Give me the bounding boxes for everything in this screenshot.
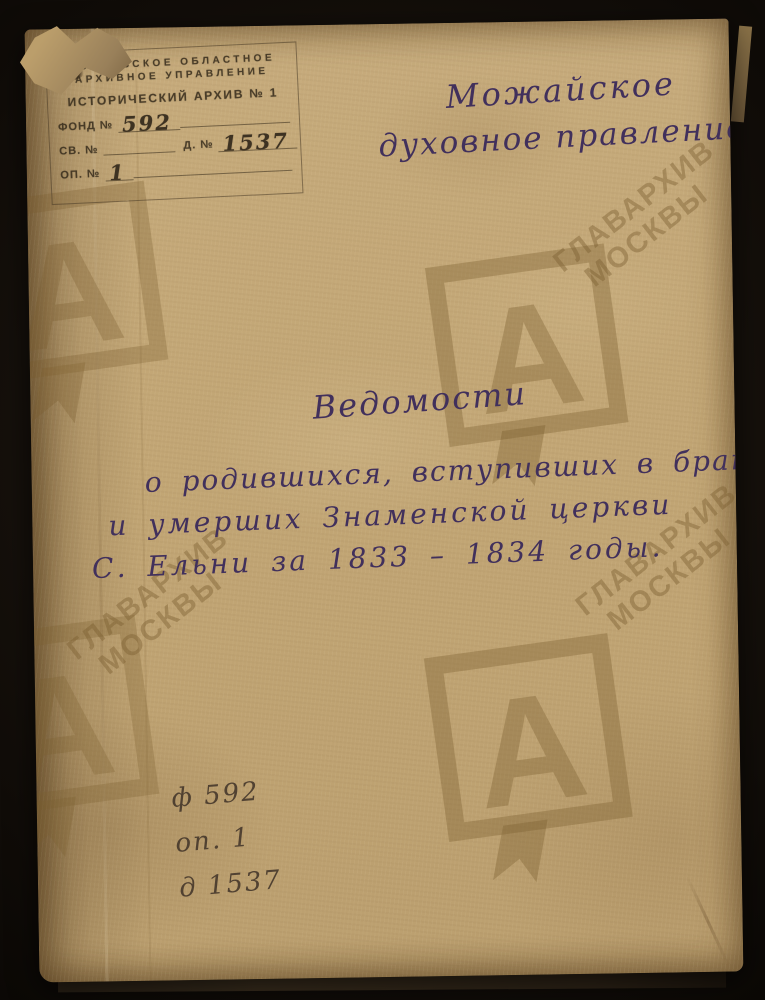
stamp-opis-row: ОП. № 1 xyxy=(60,156,292,182)
heading-line2: духовное правление xyxy=(378,110,744,165)
document-title: Ведомости xyxy=(311,374,528,427)
stamp-archive-line: ИСТОРИЧЕСКИЙ АРХИВ № 1 xyxy=(57,85,289,110)
opis-value: 1 xyxy=(105,165,134,181)
heading-line1: Можайское xyxy=(445,64,677,116)
opis-label: ОП. № xyxy=(60,168,105,182)
glavarkhiv-logo-icon: А xyxy=(25,175,181,437)
delo-value: 1537 xyxy=(218,133,297,152)
blank-line xyxy=(179,108,290,128)
svg-text:А: А xyxy=(25,640,124,818)
svg-text:А: А xyxy=(464,658,596,841)
stamp-sv-delo-row: СВ. № Д. № 1537 xyxy=(59,132,291,158)
archival-note-delo: д 1537 xyxy=(177,858,283,912)
watermark-line1: ГЛАВАРХИВ xyxy=(547,134,720,279)
svg-text:А: А xyxy=(464,268,593,446)
sviazka-label: СВ. № xyxy=(59,144,104,158)
svg-text:А: А xyxy=(25,205,133,383)
fond-label: ФОНД № xyxy=(58,119,119,134)
delo-label: Д. № xyxy=(175,138,219,152)
glavarkhiv-logo-icon: А xyxy=(418,627,645,895)
corner-crease xyxy=(685,875,731,969)
document-subtitle: о родившихся, вступивших в брак и умерши… xyxy=(88,439,743,590)
file-cover-page: ГЛАВАРХИВ МОСКВЫ А А ГЛАВАРХИВ МОСКВЫ ГЛ… xyxy=(25,19,744,983)
blank-line xyxy=(103,137,176,155)
fond-value: 592 xyxy=(118,115,180,133)
blank-line xyxy=(133,156,292,178)
inner-page-edge xyxy=(731,26,752,123)
archival-notes: ф 592 оп. 1 д 1537 xyxy=(170,768,284,911)
photo-background: ГЛАВАРХИВ МОСКВЫ А А ГЛАВАРХИВ МОСКВЫ ГЛ… xyxy=(0,0,765,1000)
glavarkhiv-watermark-text: ГЛАВАРХИВ МОСКВЫ xyxy=(548,135,740,304)
archival-note-fond: ф 592 xyxy=(170,768,276,822)
watermark-line2: МОСКВЫ xyxy=(580,159,740,293)
